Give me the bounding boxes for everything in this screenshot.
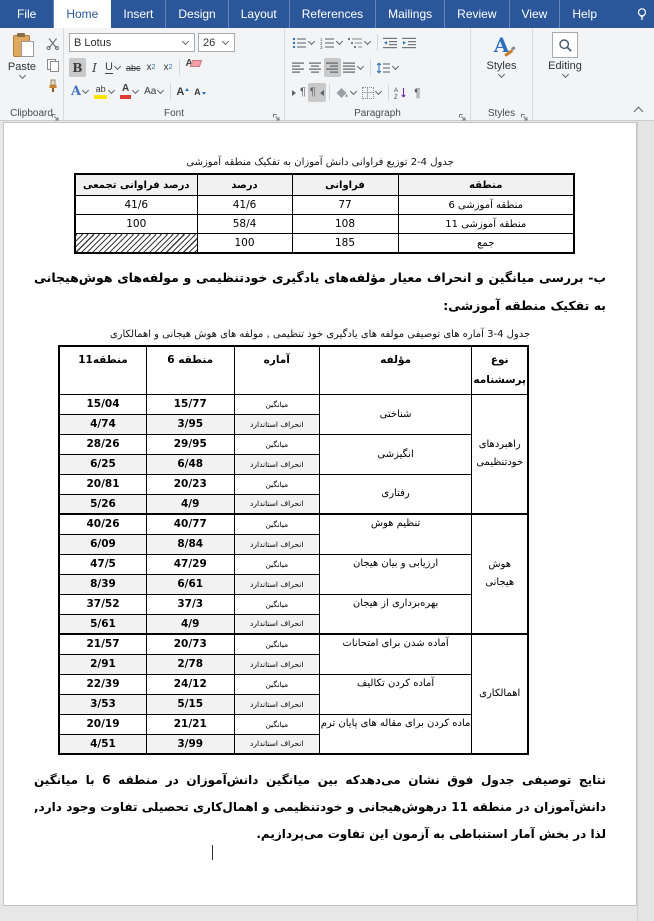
stat-label-cell: انحراف استاندارد <box>234 654 319 674</box>
section-heading: ب- بررسی میانگین و انحراف معیار مؤلفه‌ها… <box>34 264 606 320</box>
tab-help[interactable]: Help <box>560 0 609 28</box>
sort-az-icon: AZ <box>394 86 407 99</box>
chevron-down-icon <box>336 38 343 45</box>
scissors-icon <box>46 37 59 50</box>
stat-label-cell: انحراف استاندارد <box>234 534 319 554</box>
line-spacing-icon <box>376 62 391 74</box>
chevron-down-icon <box>157 87 164 94</box>
value-cell: 8/84 <box>146 534 234 554</box>
clipboard-small-buttons <box>44 35 61 94</box>
paste-clipboard-icon <box>13 34 32 57</box>
ribbon: Paste Clipboard <box>0 28 654 121</box>
triangle-left-icon <box>317 90 324 96</box>
sort-button[interactable]: AZ <box>392 83 409 102</box>
value-cell: 2/91 <box>59 654 146 674</box>
editing-group: Editing <box>533 28 597 120</box>
font-group: B Lotus 26 B I U abc x2 x2 A A a <box>64 28 285 120</box>
value-cell: 5/15 <box>146 694 234 714</box>
ribbon-spacer <box>597 28 654 120</box>
value-cell: 4/74 <box>59 414 146 434</box>
component-cell: شناختی <box>319 394 472 434</box>
chevron-down-icon <box>357 63 364 70</box>
value-cell: 20/81 <box>59 474 146 494</box>
tab-file[interactable]: File <box>0 0 54 28</box>
chevron-up-icon <box>633 107 643 117</box>
value-cell: 20/19 <box>59 714 146 734</box>
value-cell: 6/61 <box>146 574 234 594</box>
stat-label-cell: انحراف استاندارد <box>234 574 319 594</box>
value-cell: 21/57 <box>59 634 146 654</box>
component-cell: بهره‌برداری از هیجان <box>319 594 472 634</box>
font-group-label: Font <box>64 108 284 119</box>
font-size-value: 26 <box>203 37 215 49</box>
align-left-button[interactable] <box>290 58 307 77</box>
table-row: اهمالکاری آماده شدن برای امتحانات میانگی… <box>59 634 528 654</box>
shading-button[interactable] <box>333 83 360 102</box>
tab-view[interactable]: View <box>510 0 561 28</box>
table-row: هوش هیجانی تنظیم هوش میانگین 40/77 40/26 <box>59 514 528 534</box>
table-cell: 100 <box>75 215 197 234</box>
multilevel-list-button[interactable] <box>346 33 374 52</box>
tab-mailings[interactable]: Mailings <box>376 0 445 28</box>
table-row: بهره‌برداری از هیجان میانگین 37/3 37/52 <box>59 594 528 614</box>
styles-brush-icon: A <box>489 32 515 58</box>
table1-caption: جدول 4-2 توزیع فراوانی دانش آموزان به تف… <box>34 157 606 168</box>
stat-label-cell: میانگین <box>234 674 319 694</box>
tab-design[interactable]: Design <box>166 0 228 28</box>
clear-formatting-button[interactable]: A <box>183 58 202 77</box>
table-row: انگیزشی میانگین 29/95 28/26 <box>59 434 528 454</box>
borders-grid-icon <box>362 87 374 99</box>
grow-font-button[interactable]: A <box>174 82 191 101</box>
value-cell: 15/77 <box>146 394 234 414</box>
align-right-button[interactable] <box>324 58 341 77</box>
header-cell: نوع پرسشنامه <box>472 346 528 394</box>
value-cell: 21/21 <box>146 714 234 734</box>
font-name-combo[interactable]: B Lotus <box>69 33 195 52</box>
component-cell: آماده کردن تکالیف <box>319 674 472 714</box>
styles-button[interactable]: A Styles <box>471 32 532 79</box>
show-paragraph-marks-button[interactable]: ¶ <box>409 83 426 102</box>
table-cell: 41/6 <box>197 196 292 215</box>
stat-label-cell: میانگین <box>234 714 319 734</box>
eraser-icon <box>189 60 202 67</box>
stat-label-cell: میانگین <box>234 474 319 494</box>
value-cell: 40/26 <box>59 514 146 534</box>
stat-label-cell: میانگین <box>234 514 319 534</box>
paragraph-group-label: Paragraph <box>285 108 470 119</box>
caret-down-icon <box>202 92 206 97</box>
value-cell: 8/39 <box>59 574 146 594</box>
chevron-down-icon <box>182 38 189 45</box>
decrease-indent-icon <box>383 37 398 49</box>
svg-text:3: 3 <box>320 45 323 49</box>
justify-icon <box>343 62 356 73</box>
value-cell: 3/53 <box>59 694 146 714</box>
tab-layout[interactable]: Layout <box>229 0 290 28</box>
word-window: File Home Insert Design Layout Reference… <box>0 0 654 921</box>
document-area: جدول 4-2 توزیع فراوانی دانش آموزان به تف… <box>0 121 654 921</box>
font-color-button[interactable]: A <box>118 82 142 101</box>
triangle-right-icon <box>292 90 299 96</box>
format-painter-icon <box>46 79 60 93</box>
clipboard-dialog-launcher[interactable] <box>51 109 60 118</box>
chevron-down-icon <box>114 63 121 70</box>
table2-caption: جدول 4-3 آماره های توصیفی مولفه های یادگ… <box>34 329 606 340</box>
component-cell: ماده کردن برای مقاله های پایان ترم <box>319 714 472 754</box>
increase-indent-icon <box>402 37 417 49</box>
stat-label-cell: میانگین <box>234 394 319 414</box>
component-cell: آماده شدن برای امتحانات <box>319 634 472 674</box>
component-cell: ارزیابی و بیان هیجان <box>319 554 472 594</box>
value-cell: 5/26 <box>59 494 146 514</box>
magnifier-icon <box>552 32 578 58</box>
ltr-direction-button[interactable]: ¶ <box>290 83 308 102</box>
table-cell: 108 <box>292 215 398 234</box>
value-cell: 3/95 <box>146 414 234 434</box>
frequency-table: منطقه فراوانی درصد درصد فراوانی تجمعی من… <box>74 173 575 254</box>
document-page[interactable]: جدول 4-2 توزیع فراوانی دانش آموزان به تف… <box>3 122 637 906</box>
cut-button[interactable] <box>44 35 61 52</box>
tab-home[interactable]: Home <box>54 0 111 28</box>
shading-bucket-icon <box>335 87 349 99</box>
rtl-direction-button[interactable]: ¶ <box>308 83 326 102</box>
chevron-down-icon <box>364 38 371 45</box>
numbered-list-icon: 123 <box>320 37 335 49</box>
header-cell: درصد فراوانی تجمعی <box>75 174 197 196</box>
stat-label-cell: انحراف استاندارد <box>234 614 319 634</box>
table-row: ماده کردن برای مقاله های پایان ترم میانگ… <box>59 714 528 734</box>
header-cell: آماره <box>234 346 319 394</box>
value-cell: 20/73 <box>146 634 234 654</box>
group-name-cell: اهمالکاری <box>472 634 528 754</box>
group-name-cell: راهبردهای خودتنظیمی <box>472 394 528 514</box>
text-effects-button[interactable]: A <box>69 82 92 101</box>
styles-dialog-launcher[interactable] <box>520 109 529 118</box>
chevron-down-icon <box>392 63 399 70</box>
chevron-down-icon <box>561 71 568 78</box>
format-painter-button[interactable] <box>44 77 61 94</box>
font-color-icon: A <box>120 84 131 99</box>
table-row: رفتاری میانگین 20/23 20/81 <box>59 474 528 494</box>
header-cell: منطقه <box>398 174 574 196</box>
tab-review[interactable]: Review <box>445 0 509 28</box>
descriptive-stats-table: نوع پرسشنامه مؤلفه آماره منطقه 6 منطقه11… <box>58 345 529 755</box>
stat-label-cell: انحراف استاندارد <box>234 694 319 714</box>
increase-indent-button[interactable] <box>400 33 419 52</box>
ribbon-tab-bar: File Home Insert Design Layout Reference… <box>0 0 654 28</box>
value-cell: 4/9 <box>146 494 234 514</box>
caret-up-icon <box>185 86 189 91</box>
copy-button[interactable] <box>44 56 61 73</box>
table-row: منطقه آموزشی 11 108 58/4 100 <box>75 215 574 234</box>
value-cell: 47/29 <box>146 554 234 574</box>
value-cell: 28/26 <box>59 434 146 454</box>
table-cell: 100 <box>197 234 292 254</box>
closing-paragraph: نتایج توصیفی جدول فوق نشان می‌دهدکه بین … <box>34 767 606 848</box>
table-header-row: نوع پرسشنامه مؤلفه آماره منطقه 6 منطقه11 <box>59 346 528 394</box>
chevron-down-icon <box>82 87 89 94</box>
tab-references[interactable]: References <box>290 0 376 28</box>
highlighter-icon: ab <box>94 85 107 99</box>
paragraph-dialog-launcher[interactable] <box>458 109 467 118</box>
stat-label-cell: میانگین <box>234 594 319 614</box>
italic-button[interactable]: I <box>86 58 103 77</box>
collapse-ribbon-button[interactable] <box>630 104 646 116</box>
tell-me-button[interactable]: Tell me <box>623 0 654 28</box>
subscript-button[interactable]: x2 <box>142 58 159 77</box>
align-center-icon <box>309 62 322 73</box>
value-cell: 15/04 <box>59 394 146 414</box>
stat-label-cell: میانگین <box>234 554 319 574</box>
stat-label-cell: انحراف استاندارد <box>234 414 319 434</box>
bullet-list-icon <box>292 37 307 49</box>
value-cell: 22/39 <box>59 674 146 694</box>
table-cell: 185 <box>292 234 398 254</box>
header-cell: فراوانی <box>292 174 398 196</box>
stat-label-cell: میانگین <box>234 634 319 654</box>
chevron-down-icon <box>350 88 357 95</box>
value-cell: 3/99 <box>146 734 234 754</box>
vertical-scrollbar[interactable] <box>637 121 654 921</box>
group-name-cell: هوش هیجانی <box>472 514 528 634</box>
component-cell: انگیزشی <box>319 434 472 474</box>
hatched-cell <box>75 234 197 254</box>
svg-text:A: A <box>394 88 398 94</box>
chevron-down-icon <box>108 87 115 94</box>
stat-label-cell: انحراف استاندارد <box>234 734 319 754</box>
header-cell: درصد <box>197 174 292 196</box>
value-cell: 5/61 <box>59 614 146 634</box>
lightbulb-icon <box>635 7 649 21</box>
header-cell: مؤلفه <box>319 346 472 394</box>
table-cell: منطقه آموزشی 11 <box>398 215 574 234</box>
chevron-down-icon <box>132 87 139 94</box>
tab-insert[interactable]: Insert <box>111 0 166 28</box>
paste-button[interactable]: Paste <box>4 32 40 102</box>
header-cell: منطقه 6 <box>146 346 234 394</box>
table-cell: 58/4 <box>197 215 292 234</box>
value-cell: 20/23 <box>146 474 234 494</box>
font-size-combo[interactable]: 26 <box>198 33 235 52</box>
value-cell: 40/77 <box>146 514 234 534</box>
chevron-down-icon <box>18 72 25 79</box>
table-cell: منطقه آموزشی 6 <box>398 196 574 215</box>
value-cell: 6/09 <box>59 534 146 554</box>
multilevel-list-icon <box>348 37 363 49</box>
stat-label-cell: انحراف استاندارد <box>234 454 319 474</box>
table-header-row: منطقه فراوانی درصد درصد فراوانی تجمعی <box>75 174 574 196</box>
bullet-list-button[interactable] <box>290 33 318 52</box>
stat-label-cell: انحراف استاندارد <box>234 494 319 514</box>
table-cell: 77 <box>292 196 398 215</box>
table-row: جمع 185 100 <box>75 234 574 254</box>
bold-button[interactable]: B <box>69 58 86 77</box>
font-name-value: B Lotus <box>74 37 111 49</box>
borders-button[interactable] <box>360 83 385 102</box>
table-row: راهبردهای خودتنظیمی شناختی میانگین 15/77… <box>59 394 528 414</box>
table-row: آماده کردن تکالیف میانگین 24/12 22/39 <box>59 674 528 694</box>
editing-button[interactable]: Editing <box>533 32 597 79</box>
value-cell: 29/95 <box>146 434 234 454</box>
value-cell: 2/78 <box>146 654 234 674</box>
align-right-icon <box>326 62 339 73</box>
value-cell: 6/48 <box>146 454 234 474</box>
component-cell: رفتاری <box>319 474 472 514</box>
font-dialog-launcher[interactable] <box>272 109 281 118</box>
strikethrough-button[interactable]: abc <box>124 58 143 77</box>
superscript-button[interactable]: x2 <box>159 58 176 77</box>
styles-group: A Styles Styles <box>471 28 533 120</box>
chevron-down-icon <box>498 71 505 78</box>
highlight-color-button[interactable]: ab <box>92 82 118 101</box>
value-cell: 4/9 <box>146 614 234 634</box>
align-center-button[interactable] <box>307 58 324 77</box>
value-cell: 37/52 <box>59 594 146 614</box>
justify-button[interactable] <box>341 58 367 77</box>
chevron-down-icon <box>308 38 315 45</box>
value-cell: 37/3 <box>146 594 234 614</box>
value-cell: 6/25 <box>59 454 146 474</box>
change-case-button[interactable]: Aa <box>142 82 167 101</box>
stat-label-cell: میانگین <box>234 434 319 454</box>
align-left-icon <box>292 62 305 73</box>
value-cell: 24/12 <box>146 674 234 694</box>
line-spacing-button[interactable] <box>374 58 402 77</box>
shrink-font-button[interactable]: A <box>191 82 208 101</box>
chevron-down-icon <box>375 88 382 95</box>
component-cell: تنظیم هوش <box>319 514 472 554</box>
svg-text:Z: Z <box>394 95 398 99</box>
clipboard-group: Paste Clipboard <box>0 28 64 120</box>
table-cell: جمع <box>398 234 574 254</box>
value-cell: 47/5 <box>59 554 146 574</box>
table-cell: 41/6 <box>75 196 197 215</box>
chevron-down-icon <box>222 38 229 45</box>
value-cell: 4/51 <box>59 734 146 754</box>
underline-button[interactable]: U <box>103 58 124 77</box>
table-row: ارزیابی و بیان هیجان میانگین 47/29 47/5 <box>59 554 528 574</box>
paragraph-group: 123 <box>285 28 471 120</box>
header-cell: منطقه11 <box>59 346 146 394</box>
copy-icon <box>46 58 60 72</box>
text-cursor <box>212 845 213 860</box>
numbered-list-button[interactable]: 123 <box>318 33 346 52</box>
table-row: منطقه آموزشی 6 77 41/6 41/6 <box>75 196 574 215</box>
decrease-indent-button[interactable] <box>381 33 400 52</box>
